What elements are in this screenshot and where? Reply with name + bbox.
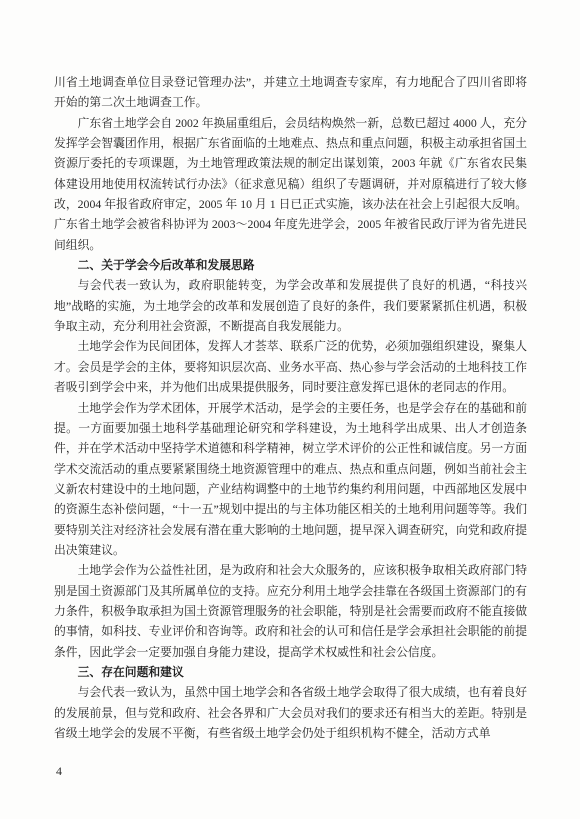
section-heading: 二、关于学会今后改革和发展思路	[54, 255, 527, 275]
page-number: 4	[56, 764, 62, 778]
paragraph: 川省土地调查单位目录登记管理办法”，并建立土地调查专家库，有力地配合了四川省即将…	[54, 72, 527, 113]
page-body: 川省土地调查单位目录登记管理办法”，并建立土地调查专家库，有力地配合了四川省即将…	[54, 72, 527, 743]
document-page: 川省土地调查单位目录登记管理办法”，并建立土地调查专家库，有力地配合了四川省即将…	[0, 0, 580, 819]
paragraph: 土地学会作为公益性社团，是为政府和社会大众服务的，应该积极争取相关政府部门特别是…	[54, 560, 527, 662]
section-heading: 三、存在问题和建议	[54, 662, 527, 682]
paragraph: 广东省土地学会自 2002 年换届重组后，会员结构焕然一新，总数已超过 4000…	[54, 113, 527, 255]
paragraph: 与会代表一致认为，政府职能转变，为学会改革和发展提供了良好的机遇，“科技兴地”战…	[54, 275, 527, 336]
paragraph: 土地学会作为学术团体，开展学术活动，是学会的主要任务，也是学会存在的基础和前提。…	[54, 398, 527, 561]
paragraph: 与会代表一致认为，虽然中国土地学会和各省级土地学会取得了很大成绩，也有着良好的发…	[54, 682, 527, 743]
paragraph: 土地学会作为民间团体，发挥人才荟萃、联系广泛的优势，必须加强组织建设，聚集人才。…	[54, 336, 527, 397]
